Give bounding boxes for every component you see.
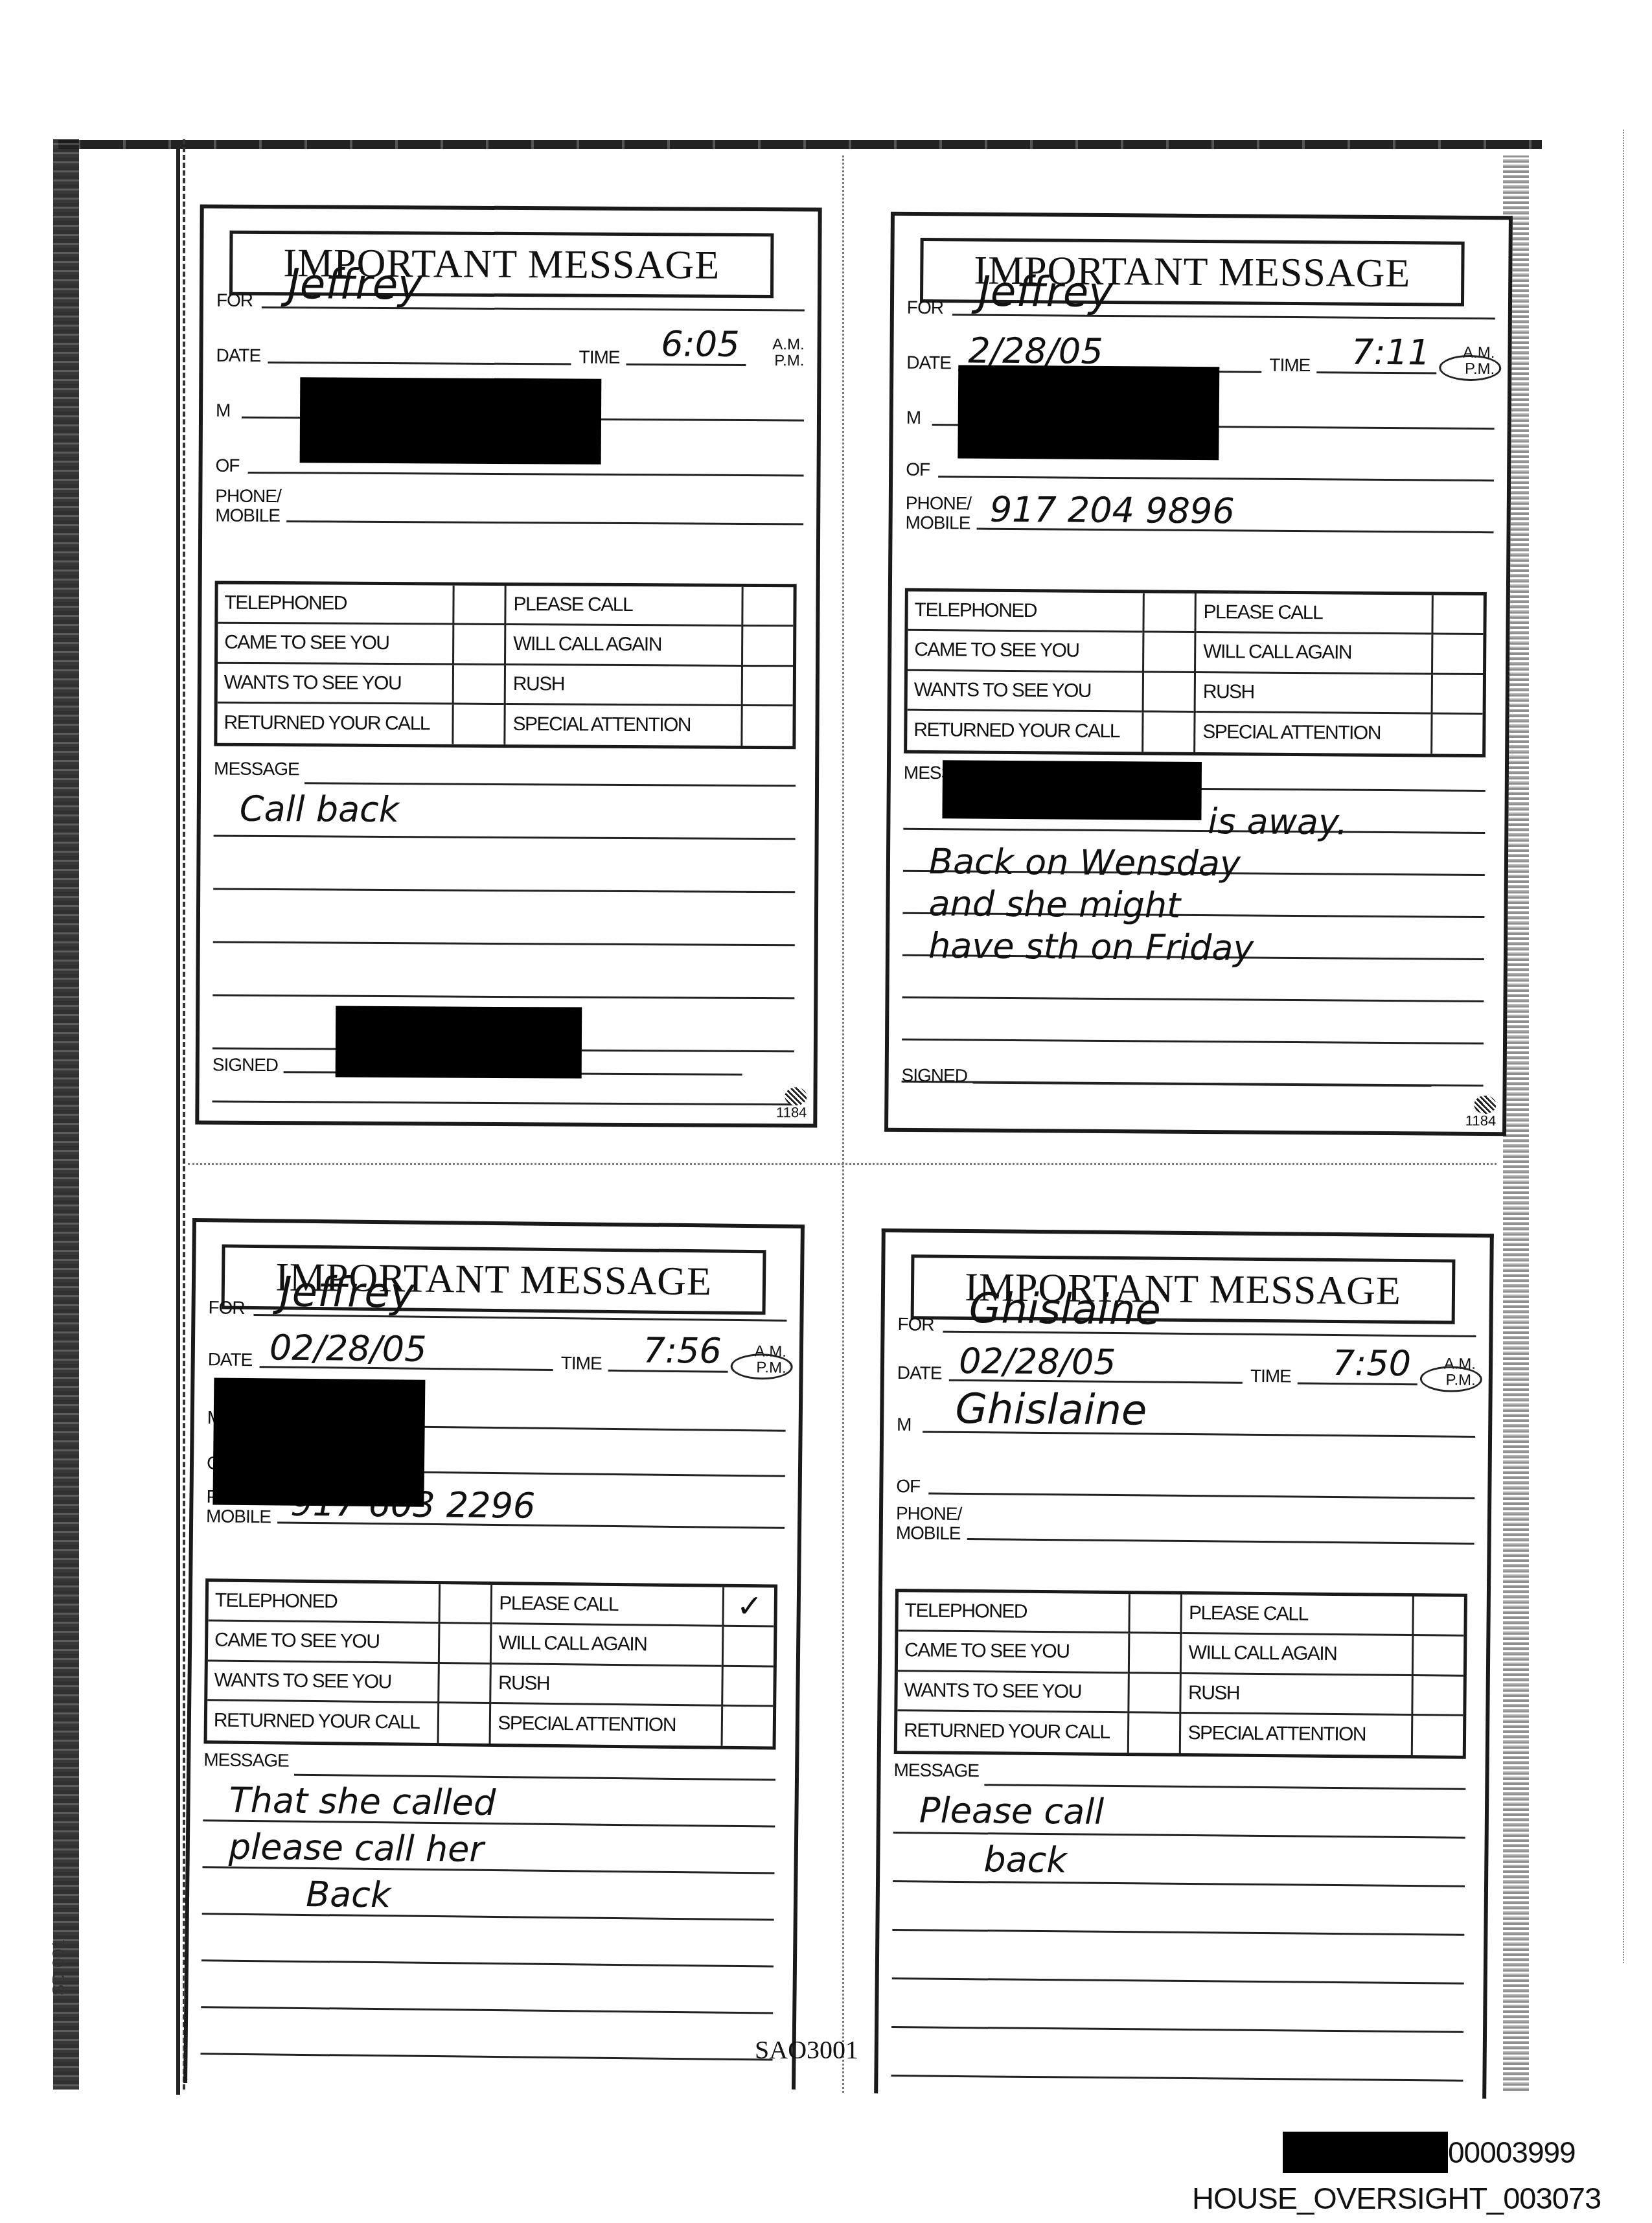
message-rule <box>893 1832 1465 1839</box>
page-left-edge <box>176 148 180 2095</box>
time-value: 7:56 <box>643 1330 722 1371</box>
phone-line <box>967 1538 1474 1545</box>
time-value: 6:05 <box>661 323 740 365</box>
pm-circle-mark <box>1420 1366 1482 1392</box>
message-rule <box>212 1101 794 1106</box>
checkbox-label-telephoned: TELEPHONED <box>208 1582 438 1624</box>
time-label: TIME <box>1269 356 1310 374</box>
checkbox-wants-to-see-you[interactable] <box>437 1664 490 1704</box>
checkbox-rush[interactable] <box>1411 1676 1463 1716</box>
of-label: OF <box>906 461 930 479</box>
for-field: FORJeffrey <box>216 273 805 316</box>
date-line <box>268 362 571 365</box>
checkbox-label-wants-to-see-you: WANTS TO SEE YOU <box>207 1661 437 1703</box>
checkbox-label-rush: RUSH <box>492 1664 722 1706</box>
message-slip-bottom-left: IMPORTANT MESSAGEFORJeffreyDATE02/28/05T… <box>183 1218 805 2090</box>
checkbox-label-rush: RUSH <box>507 665 741 706</box>
date-label: DATE <box>897 1364 942 1383</box>
message-area: That she calledplease call herBack <box>203 1773 775 1779</box>
checkbox-rush[interactable] <box>1431 674 1483 715</box>
message-rule <box>213 888 795 893</box>
checkbox-will-call-again[interactable] <box>741 627 793 667</box>
checkbox-label-will-call-again: WILL CALL AGAIN <box>507 625 741 666</box>
checkbox-label-telephoned: TELEPHONED <box>908 592 1142 633</box>
phone-label: PHONE/MOBILE <box>906 494 972 532</box>
checkbox-please-call[interactable] <box>1412 1596 1464 1637</box>
am-pm-label: A.M.P.M. <box>772 336 805 369</box>
publisher-logo-icon <box>1474 1096 1496 1114</box>
signed-field: SIGNED <box>902 1048 1490 1091</box>
message-rule <box>214 835 796 840</box>
message-text-line: That she called <box>229 1780 496 1823</box>
for-value: Jeffrey <box>978 268 1114 317</box>
redaction-message <box>942 760 1202 820</box>
for-label: FOR <box>907 299 943 317</box>
form-number-text: 1184 <box>1465 1112 1496 1129</box>
for-label: FOR <box>216 292 253 310</box>
message-text-line: Back <box>306 1874 391 1915</box>
date-label: DATE <box>906 354 951 372</box>
checkbox-label-returned-your-call: RETURNED YOUR CALL <box>217 703 452 744</box>
publisher-logo-icon <box>785 1087 807 1105</box>
message-rule <box>892 1929 1464 1936</box>
checkbox-label-wants-to-see-you: WANTS TO SEE YOU <box>908 671 1142 712</box>
checkbox-label-telephoned: TELEPHONED <box>898 1592 1128 1633</box>
checkbox-label-rush: RUSH <box>1197 673 1431 714</box>
checkbox-will-call-again[interactable] <box>722 1627 774 1667</box>
caller-label: M <box>897 1416 912 1434</box>
phone-field: PHONE/MOBILE917 204 9896 <box>906 494 1494 537</box>
checkbox-please-call[interactable] <box>1431 595 1483 636</box>
date-label: DATE <box>216 347 260 365</box>
checkbox-rush[interactable] <box>721 1666 774 1707</box>
phone-field: PHONE/MOBILE <box>215 487 803 529</box>
checkbox-returned-your-call[interactable] <box>452 704 503 744</box>
spiral-binding <box>53 139 176 2090</box>
checkbox-will-call-again[interactable] <box>1412 1636 1464 1676</box>
form-number: 1184 <box>1465 1096 1497 1128</box>
checkbox-wants-to-see-you[interactable] <box>1142 673 1194 713</box>
message-area: is away.Back on Wensdayand she mighthave… <box>904 786 1486 790</box>
phone-value: 917 204 9896 <box>990 489 1235 532</box>
message-rule <box>201 2006 773 2014</box>
checkbox-telephoned[interactable] <box>452 586 504 626</box>
message-rule <box>200 2053 772 2060</box>
time-label: TIME <box>561 1354 602 1373</box>
message-text-line: have sth on Friday <box>928 925 1254 969</box>
message-rule <box>213 941 795 947</box>
checkbox-label-will-call-again: WILL CALL AGAIN <box>492 1624 722 1666</box>
for-value: Jeffrey <box>288 260 422 309</box>
checkbox-label-rush: RUSH <box>1182 1674 1412 1715</box>
row-perforation <box>188 1163 1497 1165</box>
message-slip-bottom-right: IMPORTANT MESSAGEFORGhislaineDATE02/28/0… <box>874 1228 1494 2099</box>
redaction-caller <box>958 365 1219 460</box>
checkbox-special-attention[interactable] <box>1411 1716 1463 1756</box>
date-value: 02/28/05 <box>959 1341 1116 1383</box>
message-slip-top-right: IMPORTANT MESSAGEFORJeffreyDATE2/28/05TI… <box>884 212 1513 1136</box>
checkbox-rush[interactable] <box>741 666 793 706</box>
checkbox-label-please-call: PLEASE CALL <box>507 586 741 627</box>
house-oversight-id: HOUSE_OVERSIGHT_003073 <box>1192 2180 1601 2216</box>
checkbox-label-special-attention: SPECIAL ATTENTION <box>491 1704 721 1746</box>
checkbox-label-special-attention: SPECIAL ATTENTION <box>1181 1714 1411 1755</box>
checkbox-label-returned-your-call: RETURNED YOUR CALL <box>207 1701 437 1743</box>
redaction-signature <box>336 1006 582 1079</box>
message-type-checkboxes: TELEPHONEDPLEASE CALL✓CAME TO SEE YOUWIL… <box>204 1578 778 1749</box>
time-value: 7:50 <box>1333 1342 1412 1384</box>
date-value: 02/28/05 <box>270 1327 427 1370</box>
checkbox-wants-to-see-you[interactable] <box>452 665 504 705</box>
time-value: 7:11 <box>1351 332 1430 373</box>
message-text-line: and she might <box>928 883 1180 926</box>
checkbox-please-call[interactable]: ✓ <box>722 1587 774 1628</box>
caller-value: Ghislaine <box>955 1385 1147 1435</box>
of-label: OF <box>216 457 240 475</box>
message-text-line: Back on Wensday <box>929 841 1241 884</box>
date-field: DATE02/28/05TIME7:50A.M.P.M. <box>897 1346 1476 1390</box>
redaction-bar <box>1283 2132 1448 2173</box>
for-label: FOR <box>208 1298 244 1317</box>
of-label: OF <box>896 1477 920 1495</box>
pm-label: P.M. <box>774 352 804 369</box>
checkbox-label-telephoned: TELEPHONED <box>218 584 452 625</box>
message-text-line: Please call <box>919 1790 1105 1832</box>
form-number: 1184 <box>776 1087 807 1120</box>
checkbox-telephoned[interactable] <box>438 1584 490 1624</box>
caller-label: M <box>906 409 921 427</box>
signed-label: SIGNED <box>212 1056 279 1075</box>
checkbox-came-to-see-you[interactable] <box>452 625 504 665</box>
of-line <box>928 1493 1474 1499</box>
checkbox-label-please-call: PLEASE CALL <box>492 1585 722 1627</box>
checkbox-label-came-to-see-you: CAME TO SEE YOU <box>908 631 1142 673</box>
checkbox-telephoned[interactable] <box>1142 593 1194 633</box>
time-label: TIME <box>579 349 620 367</box>
signed-label: SIGNED <box>902 1066 968 1085</box>
checkbox-label-came-to-see-you: CAME TO SEE YOU <box>208 1622 438 1664</box>
checkbox-came-to-see-you[interactable] <box>437 1624 490 1664</box>
checkbox-label-please-call: PLEASE CALL <box>1182 1595 1412 1636</box>
binding-spine <box>53 139 79 2090</box>
message-rule <box>893 1880 1465 1887</box>
of-field: OF <box>896 1459 1474 1503</box>
message-text-line: back <box>983 1839 1067 1880</box>
for-field: FORJeffrey <box>907 281 1495 323</box>
caller-field: MGhislaine <box>897 1398 1475 1442</box>
for-field: FORGhislaine <box>897 1297 1476 1341</box>
checkbox-label-returned-your-call: RETURNED YOUR CALL <box>897 1711 1127 1753</box>
checkbox-returned-your-call[interactable] <box>1127 1713 1179 1753</box>
for-value: Ghislaine <box>969 1285 1161 1335</box>
message-rule <box>294 1774 775 1781</box>
message-rule <box>984 1784 1465 1790</box>
checkbox-label-came-to-see-you: CAME TO SEE YOU <box>218 624 452 665</box>
checkbox-label-special-attention: SPECIAL ATTENTION <box>1196 713 1430 754</box>
checkbox-special-attention[interactable] <box>740 706 792 746</box>
for-value: Jeffrey <box>279 1269 415 1318</box>
for-field: FORJeffrey <box>208 1280 787 1325</box>
date-label: DATE <box>208 1350 253 1369</box>
message-rule <box>891 2026 1463 2033</box>
checkbox-label-will-call-again: WILL CALL AGAIN <box>1182 1634 1412 1676</box>
message-type-checkboxes: TELEPHONEDPLEASE CALLCAME TO SEE YOUWILL… <box>894 1589 1467 1759</box>
checkbox-came-to-see-you[interactable] <box>1142 633 1194 673</box>
scan-edge <box>1623 130 1628 1963</box>
message-rule <box>212 995 794 1000</box>
for-label: FOR <box>897 1315 934 1333</box>
phone-label: PHONE/MOBILE <box>896 1504 962 1543</box>
message-rule <box>902 1039 1484 1044</box>
checkbox-will-call-again[interactable] <box>1431 635 1483 675</box>
checkbox-label-special-attention: SPECIAL ATTENTION <box>506 705 740 746</box>
message-rule <box>202 1913 774 1920</box>
notebook-top-edge <box>58 140 1542 149</box>
of-line <box>938 476 1494 481</box>
message-rule <box>201 1959 774 1967</box>
message-rule <box>892 1977 1464 1985</box>
message-text-line: please call her <box>229 1826 484 1870</box>
message-slip-top-left: IMPORTANT MESSAGEFORJeffreyDATETIME6:05A… <box>195 204 821 1127</box>
checkbox-label-came-to-see-you: CAME TO SEE YOU <box>898 1631 1128 1673</box>
checkbox-telephoned[interactable] <box>1128 1594 1180 1634</box>
message-rule <box>891 2075 1463 2082</box>
phone-field: PHONE/MOBILE <box>896 1504 1474 1549</box>
checkbox-special-attention[interactable] <box>721 1706 774 1746</box>
message-text-line: is away. <box>1208 801 1348 843</box>
message-text-line: Call back <box>240 789 400 830</box>
checkbox-please-call[interactable] <box>741 587 793 627</box>
phone-line <box>286 520 803 525</box>
message-type-checkboxes: TELEPHONEDPLEASE CALLCAME TO SEE YOUWILL… <box>214 581 796 750</box>
spine-label: SD 001 <box>49 1939 69 1996</box>
pm-circle-mark <box>730 1353 792 1380</box>
column-perforation <box>842 155 844 2093</box>
of-line <box>248 472 804 476</box>
checkbox-label-please-call: PLEASE CALL <box>1197 593 1431 635</box>
page-code: SAO3001 <box>755 2034 858 2065</box>
checkbox-label-wants-to-see-you: WANTS TO SEE YOU <box>218 663 452 704</box>
checkbox-label-wants-to-see-you: WANTS TO SEE YOU <box>897 1672 1127 1713</box>
phone-label: PHONE/MOBILE <box>215 487 281 525</box>
checkbox-label-returned-your-call: RETURNED YOUR CALL <box>907 711 1141 752</box>
message-rule <box>903 828 1485 834</box>
time-label: TIME <box>1250 1367 1291 1386</box>
checkbox-label-will-call-again: WILL CALL AGAIN <box>1197 633 1431 674</box>
message-area: Please callback <box>893 1783 1465 1788</box>
form-number-text: 1184 <box>776 1104 807 1120</box>
date-field: DATE02/28/05TIME7:56A.M.P.M. <box>208 1332 787 1377</box>
date-field: DATETIME6:05A.M.P.M. <box>216 328 804 371</box>
message-area: Call back <box>214 782 796 785</box>
perforation-line <box>183 139 185 2090</box>
pm-circle-mark <box>1439 355 1501 382</box>
message-rule <box>304 782 796 787</box>
checkbox-returned-your-call[interactable] <box>1141 712 1193 752</box>
checkbox-returned-your-call[interactable] <box>437 1703 489 1744</box>
checkbox-special-attention[interactable] <box>1430 714 1482 754</box>
redaction-caller <box>212 1377 425 1506</box>
bates-number-text: 00003999 <box>1448 2135 1576 2170</box>
checkbox-came-to-see-you[interactable] <box>1127 1633 1180 1674</box>
message-type-checkboxes: TELEPHONEDPLEASE CALLCAME TO SEE YOUWILL… <box>904 588 1487 757</box>
am-label: A.M. <box>772 336 804 353</box>
caller-label: M <box>216 402 230 420</box>
bates-number: 00003999 <box>1283 2132 1576 2173</box>
signed-line <box>973 1082 1432 1087</box>
message-rule <box>902 996 1484 1002</box>
checkbox-wants-to-see-you[interactable] <box>1127 1674 1180 1714</box>
redaction-caller <box>300 377 602 465</box>
